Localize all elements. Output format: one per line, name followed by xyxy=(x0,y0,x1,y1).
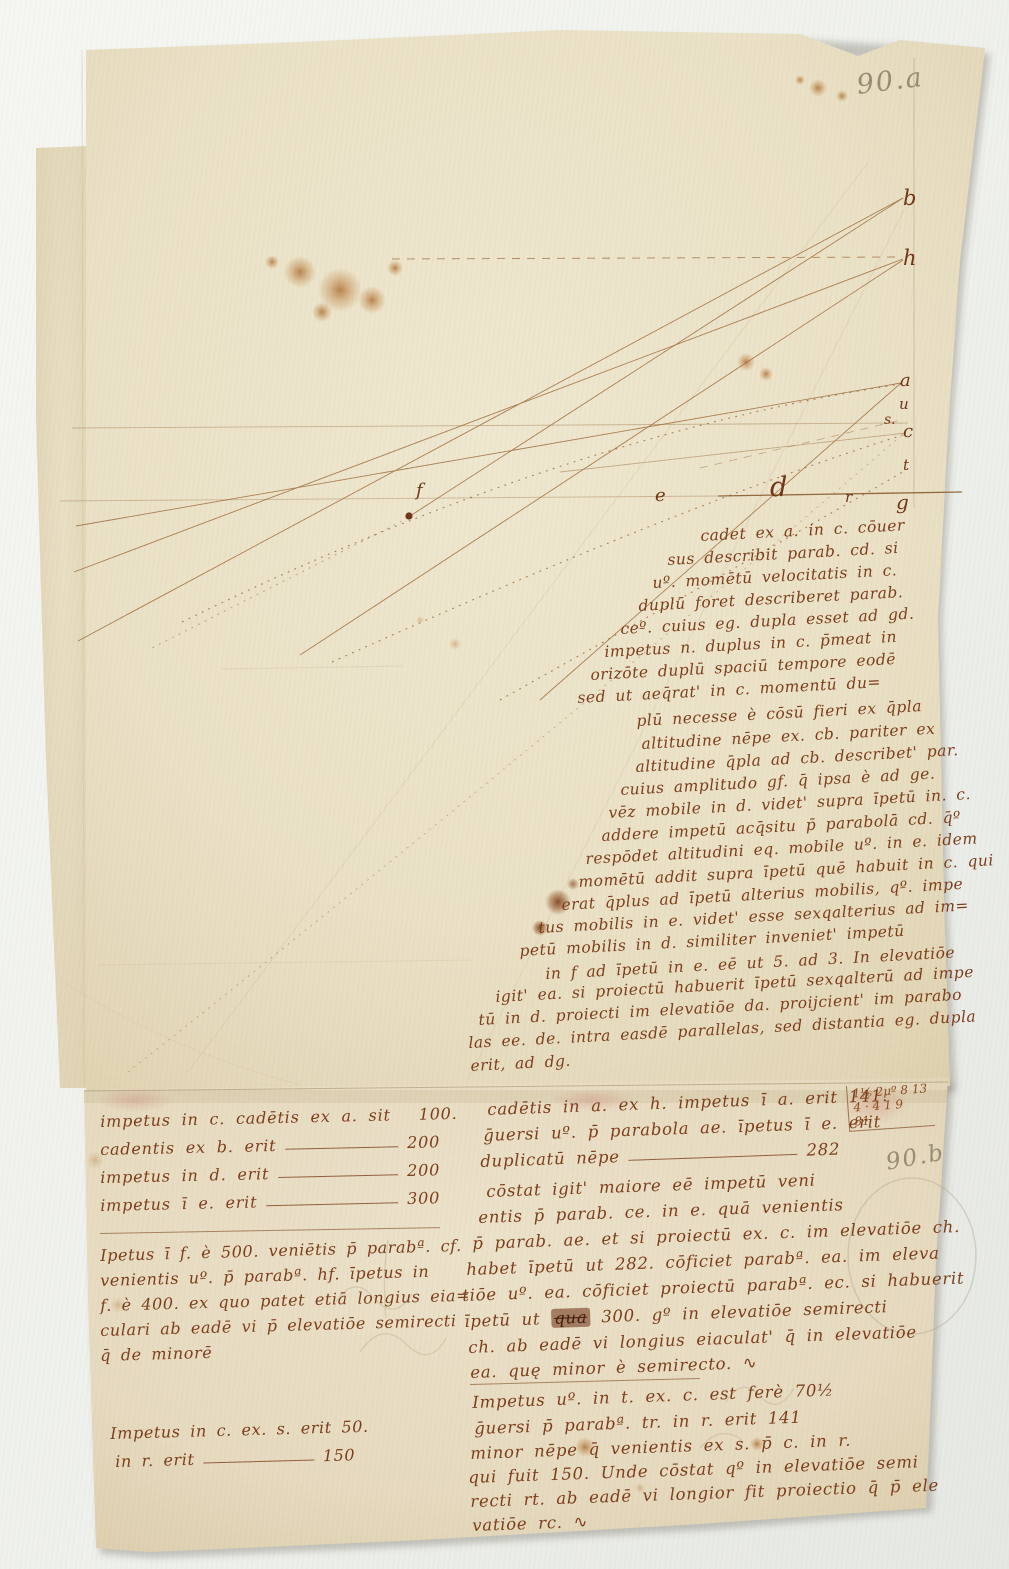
note-text: cadentis ex b. erit xyxy=(100,1136,277,1159)
note-text: in r. erit xyxy=(115,1450,195,1471)
diagram-label-h: h xyxy=(903,246,917,270)
note-text: impetus in d. erit xyxy=(100,1164,269,1187)
ruled-dash xyxy=(266,1202,398,1206)
diagram-label-c: c xyxy=(903,421,913,442)
note-value: 200 xyxy=(407,1132,440,1152)
diagram-label-s: s. xyxy=(884,412,896,428)
diagram-label-f: f xyxy=(416,480,423,501)
ruled-dash xyxy=(285,1146,398,1150)
diagram-label-r: r xyxy=(845,488,852,506)
note-value: 150 xyxy=(323,1445,356,1465)
note-value: 282 xyxy=(806,1139,840,1159)
note-text: impetus ī e. erit xyxy=(100,1192,258,1215)
calculation-scribble: 1⅙ 2μº 8 13 4 · 4 1 9 81 xyxy=(846,1080,935,1132)
point-f-blob xyxy=(405,512,412,519)
diagram-label-a: a xyxy=(900,370,911,391)
diagram-label-u: u xyxy=(899,395,909,413)
ruled-dash xyxy=(278,1174,398,1178)
note-line: q̄ de minorē xyxy=(100,1343,213,1365)
diagram-label-t: t xyxy=(903,456,909,474)
manuscript-photo: b h a u s. c t e d r g f 90.a 90.b cadet… xyxy=(0,0,1009,1569)
ruled-dash xyxy=(629,1154,798,1161)
diagram-label-b: b xyxy=(903,186,916,210)
diagram-label-e: e xyxy=(655,485,666,506)
note-line: vatiōe rc. ∿ xyxy=(472,1512,588,1535)
note-value: 300 xyxy=(407,1188,440,1208)
ruled-dash xyxy=(204,1459,314,1463)
diagram-label-g: g xyxy=(896,490,909,514)
note-value: 200 xyxy=(407,1160,440,1180)
ruled-dash xyxy=(400,1118,410,1119)
diagram-label-d: d xyxy=(770,472,787,503)
note-value: 100. xyxy=(418,1104,457,1124)
struck-word: qua xyxy=(551,1308,591,1328)
note-text: īpetū ut xyxy=(464,1309,552,1331)
